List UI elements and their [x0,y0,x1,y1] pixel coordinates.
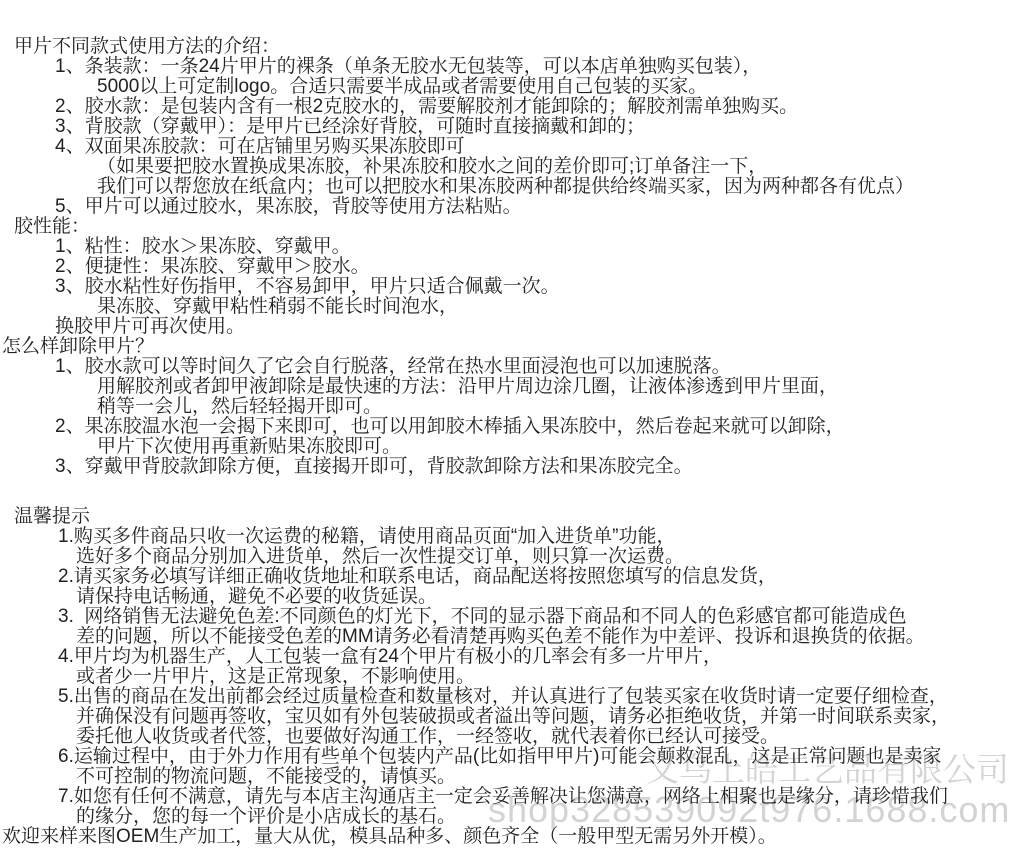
text-line: 2、果冻胶温水泡一会揭下来即可，也可以用卸胶木棒插入果冻胶中，然后卷起来就可以卸… [0,417,1022,437]
text-line: 1、粘性：胶水＞果冻胶、穿戴甲。 [0,237,1022,257]
text-line: 3. 网络销售无法避免色差:不同颜色的灯光下，不同的显示器下商品和不同人的色彩感… [0,607,1022,627]
text-line: 2、便捷性：果冻胶、穿戴甲＞胶水。 [0,257,1022,277]
text-line: 不可控制的物流问题，不能接受的，请慎买。 [0,767,1022,787]
text-line: 2.请买家务必填写详细正确收货地址和联系电话，商品配送将按照您填写的信息发货， [0,567,1022,587]
text-line: 5000以上可定制logo。合适只需要半成品或者需要使用自己包装的买家。 [0,77,1022,97]
text-line: 或者少一片甲片，这是正常现象，不影响使用。 [0,667,1022,687]
text-line: 4、双面果冻胶款：可在店铺里另购买果冻胶即可 [0,137,1022,157]
section-title-adhesive: 胶性能： [0,217,1022,237]
text-line: 1.购买多件商品只收一次运费的秘籍，请使用商品页面“加入进货单”功能， [0,527,1022,547]
text-line: 请保持电话畅通，避免不必要的收货延误。 [0,587,1022,607]
text-line: 甲片下次使用再重新贴果冻胶即可。 [0,437,1022,457]
text-line: 委托他人收货或者代签，也要做好沟通工作，一经签收，就代表着你已经认可接受。 [0,727,1022,747]
text-line: 1、胶水款可以等时间久了它会自行脱落，经常在热水里面浸泡也可以加速脱落。 [0,357,1022,377]
text-line: 2、胶水款：是包装内含有一根2克胶水的，需要解胶剂才能卸除的；解胶剂需单独购买。 [0,97,1022,117]
section-title-removal: 怎么样卸除甲片？ [0,337,1022,357]
oem-footer-line: 欢迎来样来图OEM生产加工，量大从优，模具品种多、颜色齐全（一般甲型无需另外开模… [0,827,1022,847]
text-line: 6.运输过程中，由于外力作用有些单个包装内产品(比如指甲甲片)可能会颠救混乱，这… [0,747,1022,767]
product-description-document: 甲片不同款式使用方法的介绍：1、条装款：一条24片甲片的裸条（单条无胶水无包装等… [0,37,1022,847]
text-line: （如果要把胶水置换成果冻胶，补果冻胶和胶水之间的差价即可;订单备注一下， [0,157,1022,177]
blank-row [0,477,1022,507]
text-line: 选好多个商品分别加入进货单，然后一次性提交订单，则只算一次运费。 [0,547,1022,567]
text-line: 稍等一会儿，然后轻轻揭开即可。 [0,397,1022,417]
text-line: 3、胶水粘性好伤指甲，不容易卸甲，甲片只适合佩戴一次。 [0,277,1022,297]
text-line: 用解胶剂或者卸甲液卸除是最快速的方法：沿甲片周边涂几圈，让液体渗透到甲片里面， [0,377,1022,397]
text-line: 我们可以帮您放在纸盒内；也可以把胶水和果冻胶两种都提供给终端买家，因为两种都各有… [0,177,1022,197]
text-line: 差的问题，所以不能接受色差的MM请务必看清楚再购买色差不能作为中差评、投诉和退换… [0,627,1022,647]
text-line: 并确保没有问题再签收，宝贝如有外包装破损或者溢出等问题，请务必拒绝收货，并第一时… [0,707,1022,727]
text-line: 换胶甲片可再次使用。 [0,317,1022,337]
text-line: 4.甲片均为机器生产，人工包装一盒有24个甲片有极小的几率会有多一片甲片， [0,647,1022,667]
text-line: 3、背胶款（穿戴甲）：是甲片已经涂好背胶，可随时直接摘戴和卸的； [0,117,1022,137]
text-line: 7.如您有任何不满意，请先与本店主沟通店主一定会妥善解决让您满意，网络上相聚也是… [0,787,1022,807]
section-title-tips: 温馨提示 [0,507,1022,527]
text-line: 5.出售的商品在发出前都会经过质量检查和数量核对，并认真进行了包装买家在收货时请… [0,687,1022,707]
section-title-usage: 甲片不同款式使用方法的介绍： [0,37,1022,57]
text-line: 果冻胶、穿戴甲粘性稍弱不能长时间泡水， [0,297,1022,317]
text-line: 3、穿戴甲背胶款卸除方便，直接揭开即可，背胶款卸除方法和果冻胶完全。 [0,457,1022,477]
text-line: 5、甲片可以通过胶水，果冻胶，背胶等使用方法粘贴。 [0,197,1022,217]
text-line: 的缘分，您的每一个评价是小店成长的基石。 [0,807,1022,827]
text-line: 1、条装款：一条24片甲片的裸条（单条无胶水无包装等，可以本店单独购买包装）， [0,57,1022,77]
